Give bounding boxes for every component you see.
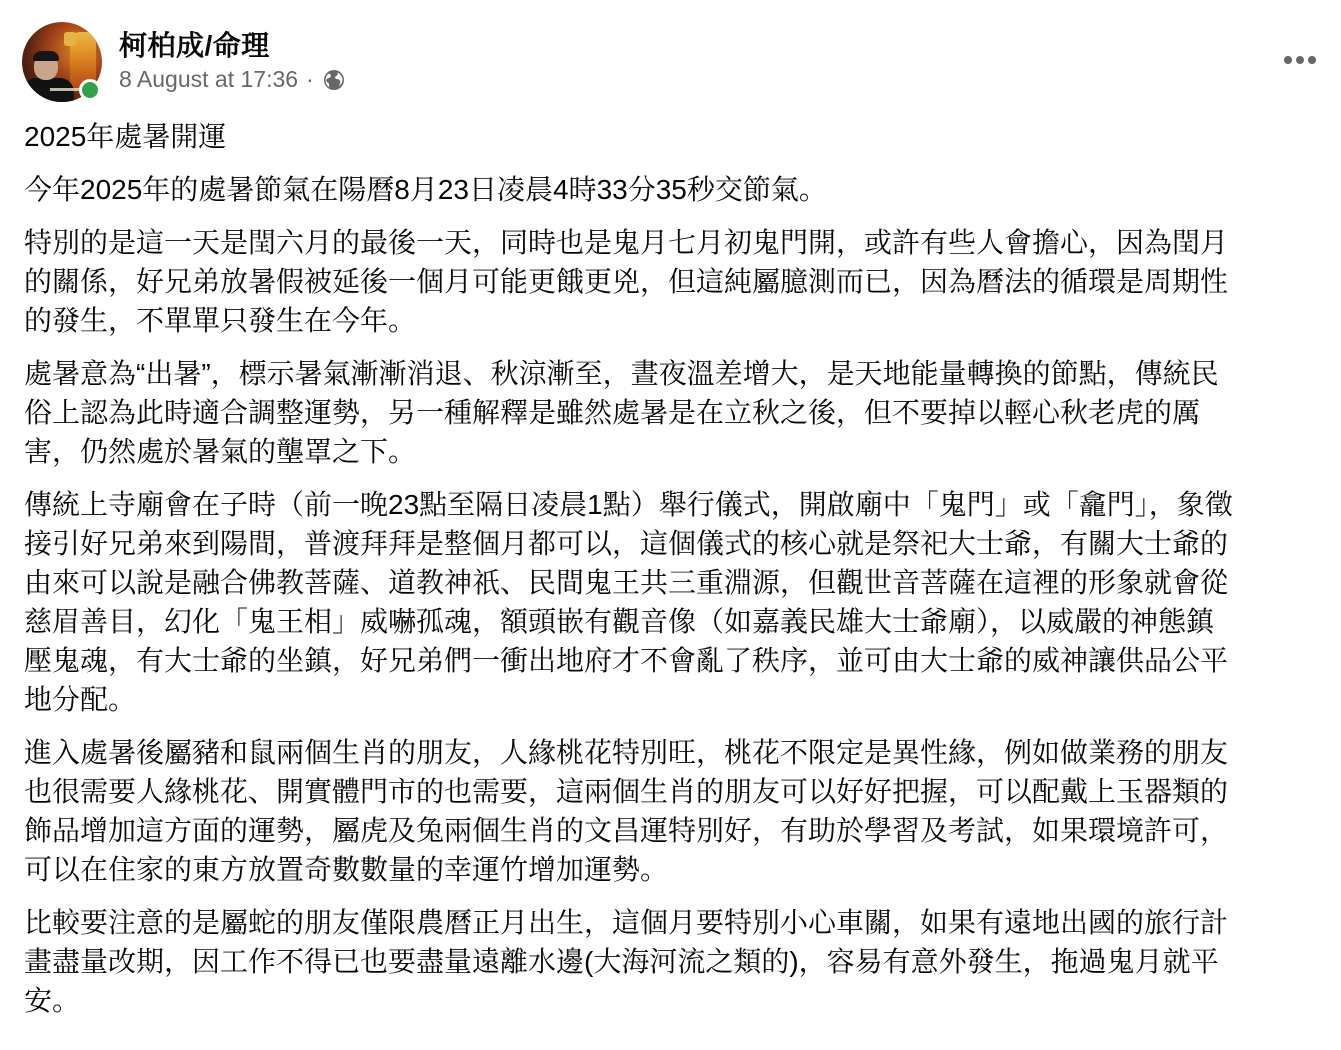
post-text: 2025年處暑開運 今年2025年的處暑節氣在陽曆8月23日凌晨4時33分35秒… — [24, 117, 1334, 1034]
post-paragraph: 進入處暑後屬豬和鼠兩個生肖的朋友，人緣桃花特別旺，桃花不限定是異性緣，例如做業務… — [24, 733, 1334, 889]
post-header: 柯柏成/命理 8 August at 17:36 · — [22, 22, 1322, 102]
meta-separator: · — [306, 66, 314, 93]
author-name-link[interactable]: 柯柏成/命理 — [119, 24, 270, 64]
author-avatar-link[interactable] — [22, 22, 102, 102]
avatar-ornament — [64, 32, 76, 46]
online-status-icon — [79, 79, 101, 101]
post-paragraph: 處暑意為“出暑”，標示暑氣漸漸消退、秋涼漸至，晝夜溫差增大，是天地能量轉換的節點… — [24, 354, 1334, 471]
post-paragraph: 比較要注意的是屬蛇的朋友僅限農曆正月出生，這個月要特別小心車關，如果有遠地出國的… — [24, 903, 1334, 1020]
post-meta: 8 August at 17:36 · — [119, 66, 346, 93]
globe-icon[interactable] — [322, 68, 346, 92]
facebook-post: 柯柏成/命理 8 August at 17:36 · 2025年處暑開運 今年2… — [0, 0, 1341, 1050]
ellipsis-icon-dot — [1296, 56, 1304, 64]
post-title-line: 2025年處暑開運 — [24, 117, 1334, 156]
post-paragraph: 特別的是這一天是閏六月的最後一天，同時也是鬼月七月初鬼門開，或許有些人會擔心，因… — [24, 223, 1334, 340]
avatar-person-hair — [33, 51, 59, 61]
post-timestamp-link[interactable]: 8 August at 17:36 — [119, 66, 298, 93]
post-paragraph: 傳統上寺廟會在子時（前一晚23點至隔日凌晨1點）舉行儀式，開啟廟中「鬼門」或「龕… — [24, 485, 1334, 719]
post-paragraph: 今年2025年的處暑節氣在陽曆8月23日凌晨4時33分35秒交節氣。 — [24, 170, 1334, 209]
ellipsis-icon-dot — [1284, 56, 1292, 64]
more-options-button[interactable] — [1278, 38, 1322, 82]
ellipsis-icon-dot — [1308, 56, 1316, 64]
